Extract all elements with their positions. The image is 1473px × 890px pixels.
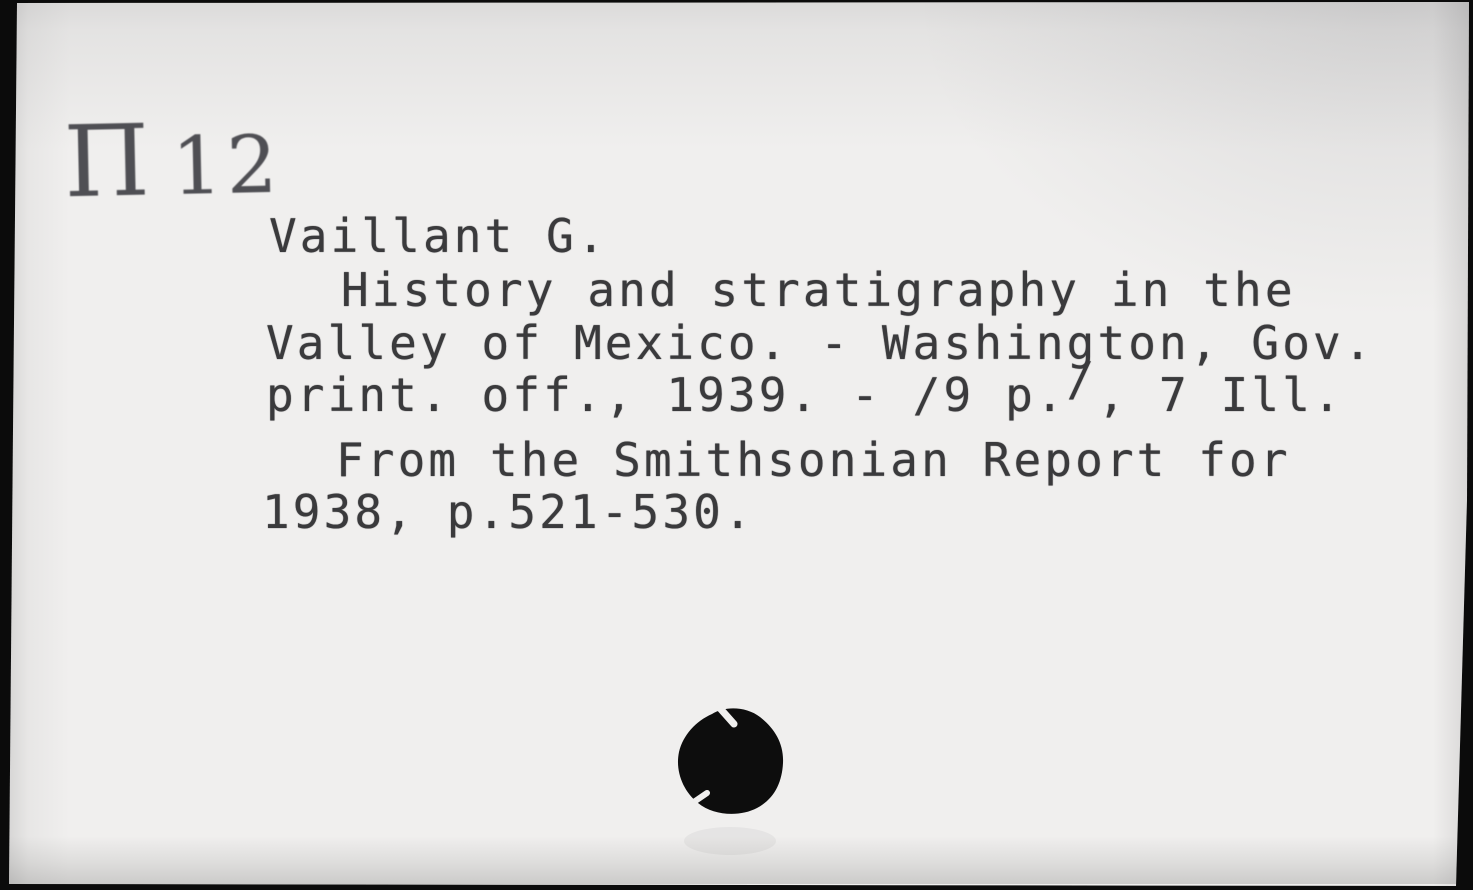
call-number: П12 (63, 110, 282, 213)
scan-shading-right (1433, 0, 1473, 890)
scanned-page: П12 Vaillant G. History and stratigraphy… (0, 0, 1473, 890)
catalog-card: П12 Vaillant G. History and stratigraphy… (0, 0, 1473, 890)
scan-shading-left (0, 0, 70, 890)
title-line-3-text: print. off., 1939. - /9 p. (266, 368, 1067, 422)
ink-blot-shadow (684, 827, 776, 855)
source-note-line-1: From the Smithsonian Report for (336, 437, 1291, 483)
title-line-1: History and stratigraphy in the (341, 267, 1296, 313)
title-line-3-raised-slash: / (1067, 352, 1098, 406)
title-line-2: Valley of Mexico. - Washington, Gov. (266, 320, 1375, 366)
source-note-line-2: 1938, p.521-530. (262, 489, 755, 535)
call-number-digits: 12 (171, 118, 283, 213)
title-line-3-tail: , 7 Ill. (1097, 368, 1343, 422)
call-number-letter: П (63, 104, 151, 220)
ink-blot (650, 693, 810, 861)
author-line: Vaillant G. (269, 213, 608, 259)
title-line-3: print. off., 1939. - /9 p./, 7 Ill. (266, 372, 1344, 418)
